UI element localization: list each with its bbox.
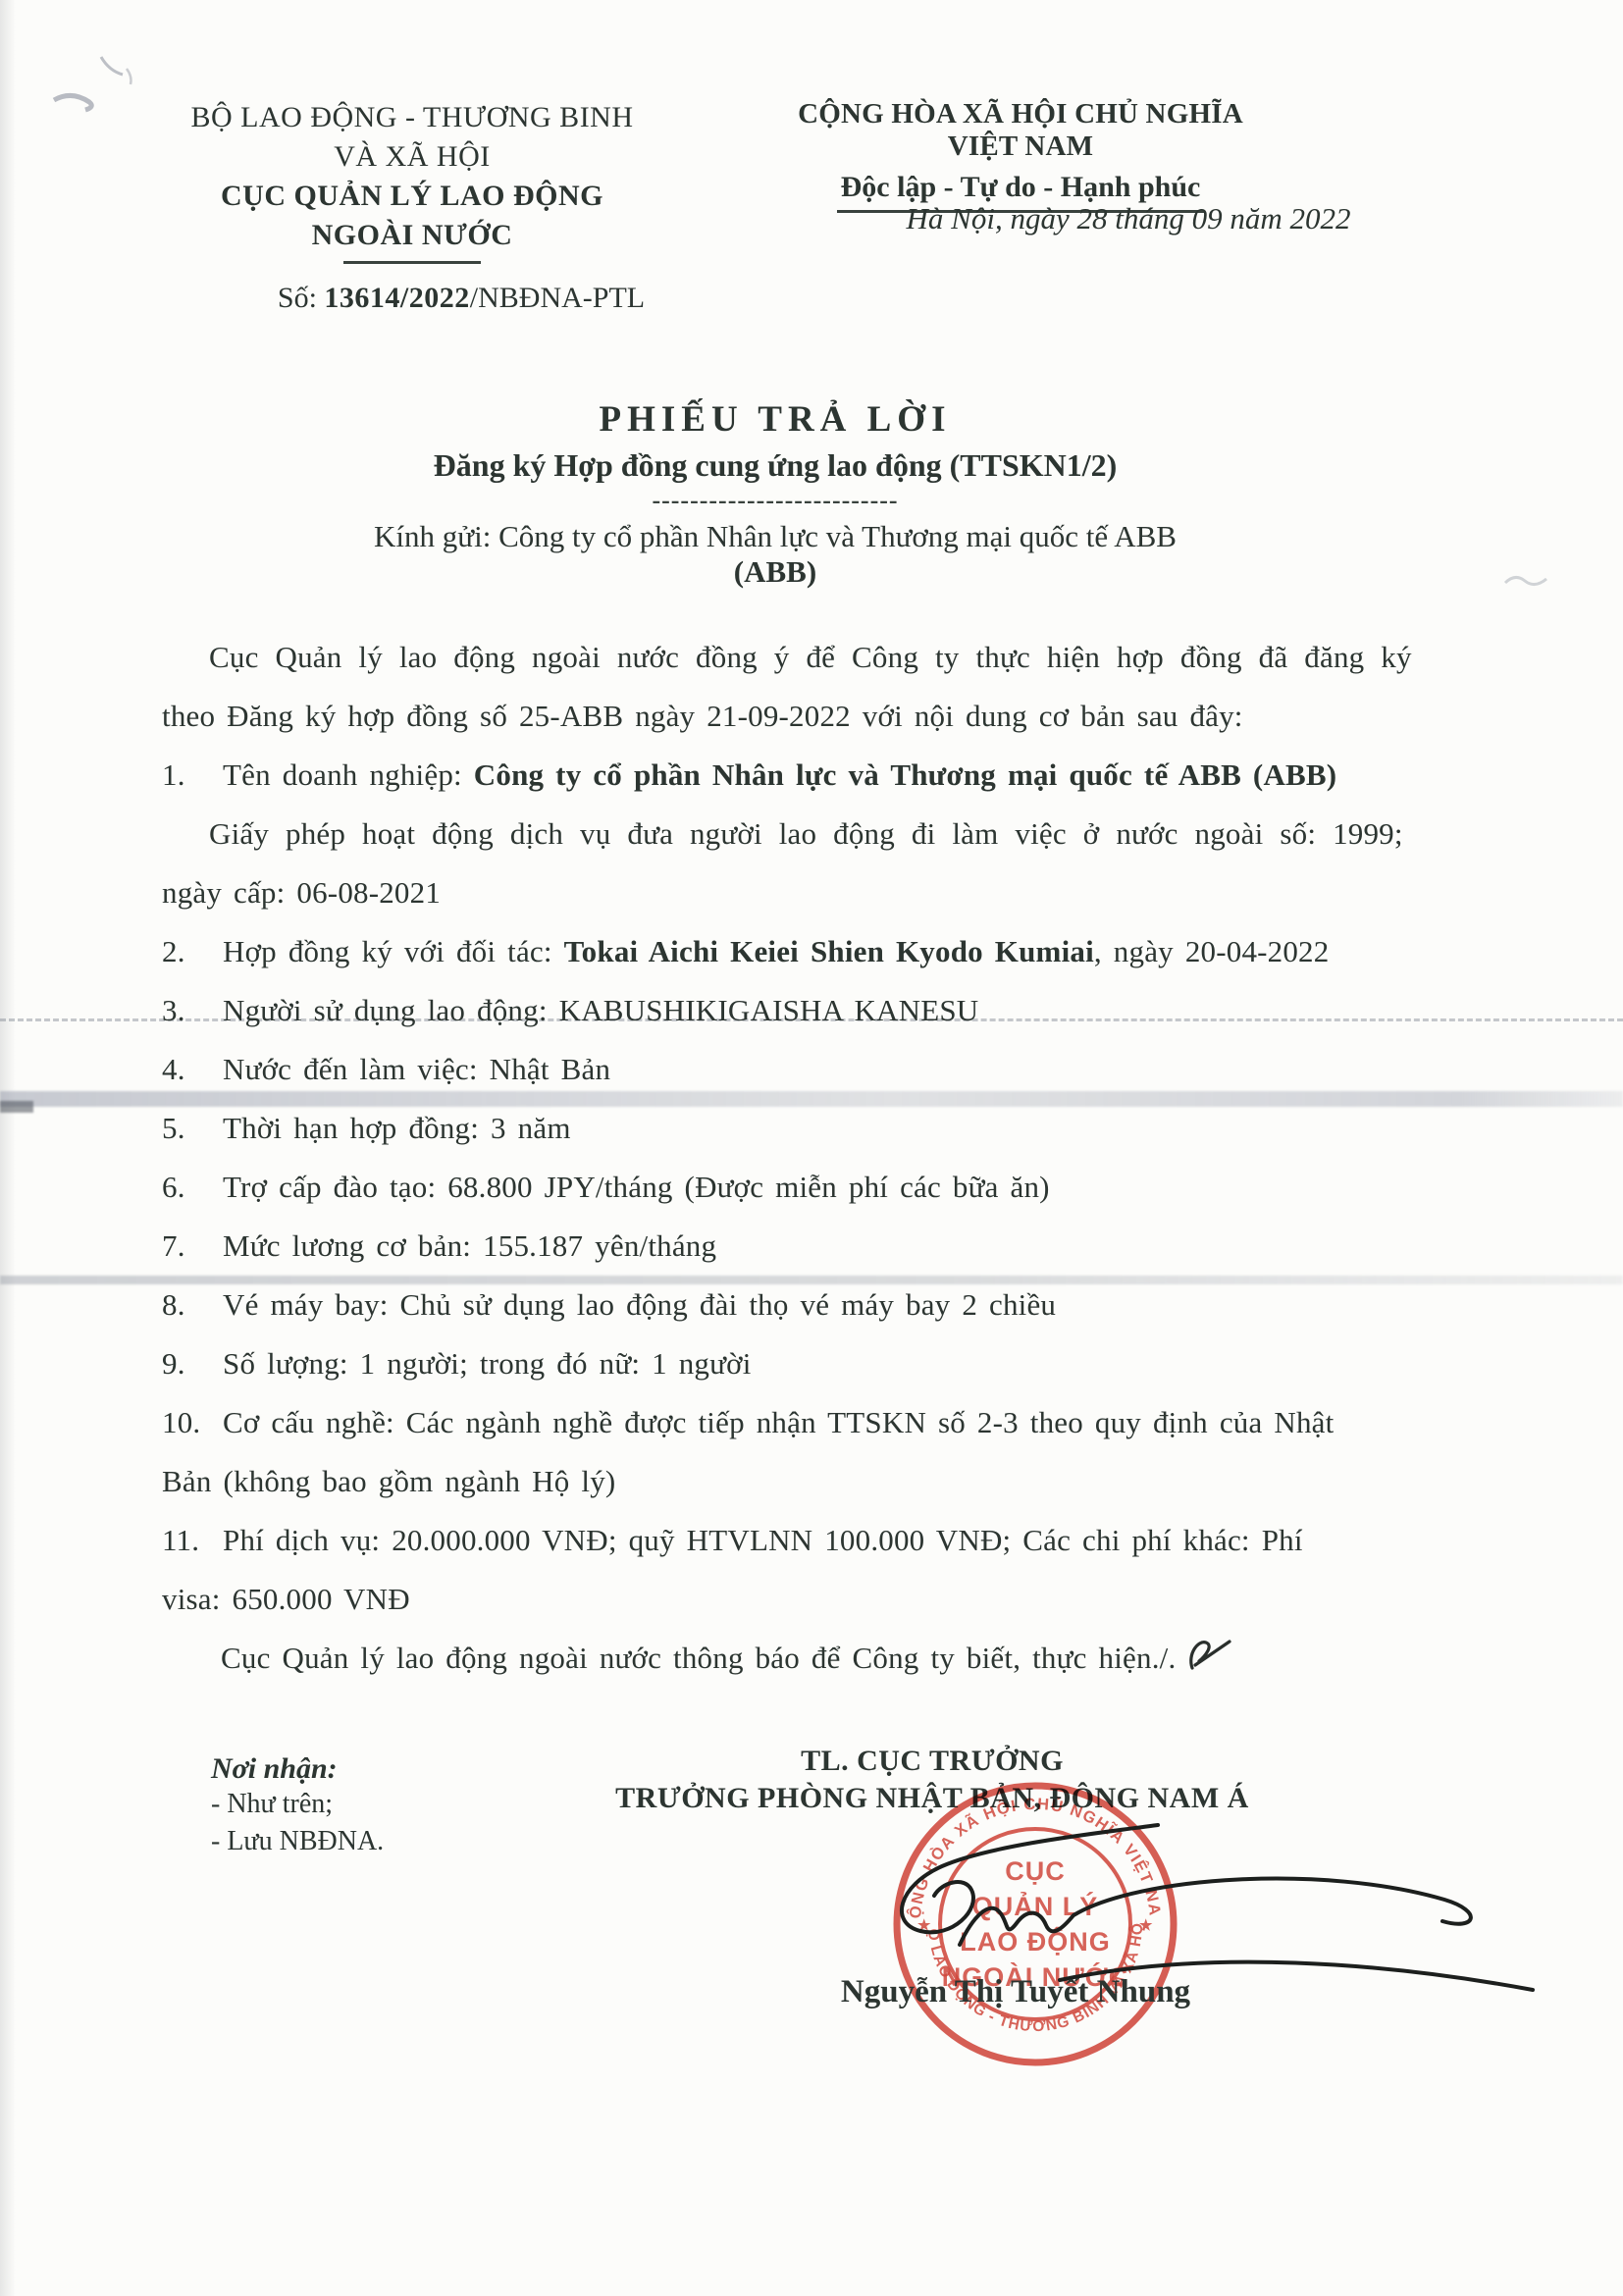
list-number: 5. [162,1099,223,1158]
list-number: 4. [162,1040,223,1099]
body-line-segment: Phí dịch vụ: 20.000.000 VNĐ; quỹ HTVLNN … [223,1523,1303,1557]
doc-no-value: 13614/2022 [324,282,469,314]
body-line-segment: theo Đăng ký hợp đồng số 25-ABB ngày 21-… [162,699,1243,733]
body-line-segment: ngày cấp: 06-08-2021 [162,875,441,910]
list-number: 8. [162,1276,223,1334]
body-line-segment: Vé máy bay: Chủ sử dụng lao động đài thọ… [223,1287,1056,1322]
body-line-bold-segment: Công ty cổ phần Nhân lực và Thương mại q… [474,757,1337,792]
body-line-segment: Cục Quản lý lao động ngoài nước đồng ý đ… [209,640,1412,674]
signer-name: Nguyễn Thị Tuyết Nhung [824,1974,1207,2010]
body-line: 2.Hợp đồng ký với đối tác: Tokai Aichi K… [162,922,1496,981]
ministry-name-line2: VÀ XÃ HỘI [137,137,687,177]
dashed-divider: -------------------------- [59,486,1492,515]
body-line: 1.Tên doanh nghiệp: Công ty cổ phần Nhân… [162,746,1496,805]
body-line: 11.Phí dịch vụ: 20.000.000 VNĐ; quỹ HTVL… [162,1511,1496,1570]
handwritten-check-mark [1185,1635,1236,1676]
header-divider-rule [343,261,481,264]
doc-no-label: Số: [278,282,325,314]
document-title: PHIẾU TRẢ LỜI [59,398,1492,441]
body-line: 3.Người sử dụng lao động: KABUSHIKIGAISH… [162,981,1496,1040]
body-line: Cục Quản lý lao động ngoài nước đồng ý đ… [162,628,1496,687]
closing-line: Cục Quản lý lao động ngoài nước thông bá… [162,1629,1496,1688]
recipients-item: - Như trên; [211,1786,384,1823]
list-number: 7. [162,1217,223,1276]
body-line: Giấy phép hoạt động dịch vụ đưa người la… [162,805,1496,863]
body-line-segment: visa: 650.000 VNĐ [162,1582,410,1616]
department-name-line2: NGOÀI NƯỚC [137,216,687,255]
document-title-block: PHIẾU TRẢ LỜI Đăng ký Hợp đồng cung ứng … [59,398,1492,590]
recipients-item: - Lưu NBĐNA. [211,1823,384,1860]
body-line: 7.Mức lương cơ bản: 155.187 yên/tháng [162,1217,1496,1276]
list-number: 2. [162,922,223,981]
body-line-segment: Tên doanh nghiệp: [223,757,474,792]
body-line: 10.Cơ cấu nghề: Các ngành nghề được tiếp… [162,1393,1496,1452]
margin-stray-mark [1499,561,1558,600]
body-line: 6.Trợ cấp đào tạo: 68.800 JPY/tháng (Đượ… [162,1158,1496,1217]
recipients-title: Nơi nhận: [211,1752,384,1786]
body-line: 9.Số lượng: 1 người; trong đó nữ: 1 ngườ… [162,1334,1496,1393]
document-number: Số: 13614/2022/NBĐNA-PTL [137,282,687,315]
document-subtitle: Đăng ký Hợp đồng cung ứng lao động (TTSK… [59,447,1492,484]
body-line-segment: Thời hạn hợp đồng: 3 năm [223,1111,571,1145]
list-number: 11. [162,1511,223,1570]
list-number: 10. [162,1393,223,1452]
body-line-segment: Bản (không bao gồm ngành Hộ lý) [162,1464,615,1498]
list-number: 9. [162,1334,223,1393]
body-line: 5.Thời hạn hợp đồng: 3 năm [162,1099,1496,1158]
issuing-agency-block: BỘ LAO ĐỘNG - THƯƠNG BINH VÀ XÃ HỘI CỤC … [137,98,687,315]
body-line-segment: , ngày 20-04-2022 [1094,934,1330,968]
body-line-segment: Số lượng: 1 người; trong đó nữ: 1 người [223,1346,752,1381]
list-number: 1. [162,746,223,805]
recipients-block: Nơi nhận: - Như trên; - Lưu NBĐNA. [211,1752,384,1860]
department-name-line1: CỤC QUẢN LÝ LAO ĐỘNG [137,177,687,216]
ministry-name-line1: BỘ LAO ĐỘNG - THƯƠNG BINH [137,98,687,137]
scan-edge-shade [0,0,16,2296]
body-line-segment: Người sử dụng lao động: KABUSHIKIGAISHA … [223,993,978,1027]
body-line-segment: Nước đến làm việc: Nhật Bản [223,1052,610,1086]
closing-text: Cục Quản lý lao động ngoài nước thông bá… [221,1641,1176,1675]
list-number: 6. [162,1158,223,1217]
body-line: visa: 650.000 VNĐ [162,1570,1496,1629]
country-name: CỘNG HÒA XÃ HỘI CHỦ NGHĨA VIỆT NAM [775,98,1266,163]
body-line-segment: Trợ cấp đào tạo: 68.800 JPY/tháng (Được … [223,1170,1050,1204]
body-line: Bản (không bao gồm ngành Hộ lý) [162,1452,1496,1511]
body-line: ngày cấp: 06-08-2021 [162,863,1496,922]
list-number: 3. [162,981,223,1040]
body-lines: Cục Quản lý lao động ngoài nước đồng ý đ… [162,628,1496,1629]
recipient-abbrev: (ABB) [59,554,1492,590]
body-line: 8.Vé máy bay: Chủ sử dụng lao động đài t… [162,1276,1496,1334]
body-line-bold-segment: Tokai Aichi Keiei Shien Kyodo Kumiai [564,934,1094,968]
body-text-block: Cục Quản lý lao động ngoài nước đồng ý đ… [162,628,1496,1688]
scan-artifact-band-dark [0,1101,33,1113]
body-line-segment: Mức lương cơ bản: 155.187 yên/tháng [223,1228,716,1263]
national-motto-block: CỘNG HÒA XÃ HỘI CHỦ NGHĨA VIỆT NAM Độc l… [775,98,1266,213]
body-line-segment: Giấy phép hoạt động dịch vụ đưa người la… [209,816,1403,851]
body-line-segment: Hợp đồng ký với đối tác: [223,934,564,968]
body-line-segment: Cơ cấu nghề: Các ngành nghề được tiếp nh… [223,1405,1334,1439]
document-page: BỘ LAO ĐỘNG - THƯƠNG BINH VÀ XÃ HỘI CỤC … [0,0,1623,2296]
doc-no-suffix: /NBĐNA-PTL [470,282,645,314]
body-line: 4.Nước đến làm việc: Nhật Bản [162,1040,1496,1099]
recipient-line: Kính gửi: Công ty cổ phần Nhân lực và Th… [59,519,1492,554]
body-line: theo Đăng ký hợp đồng số 25-ABB ngày 21-… [162,687,1496,746]
place-and-date: Hà Nội, ngày 28 tháng 09 năm 2022 [834,201,1423,236]
